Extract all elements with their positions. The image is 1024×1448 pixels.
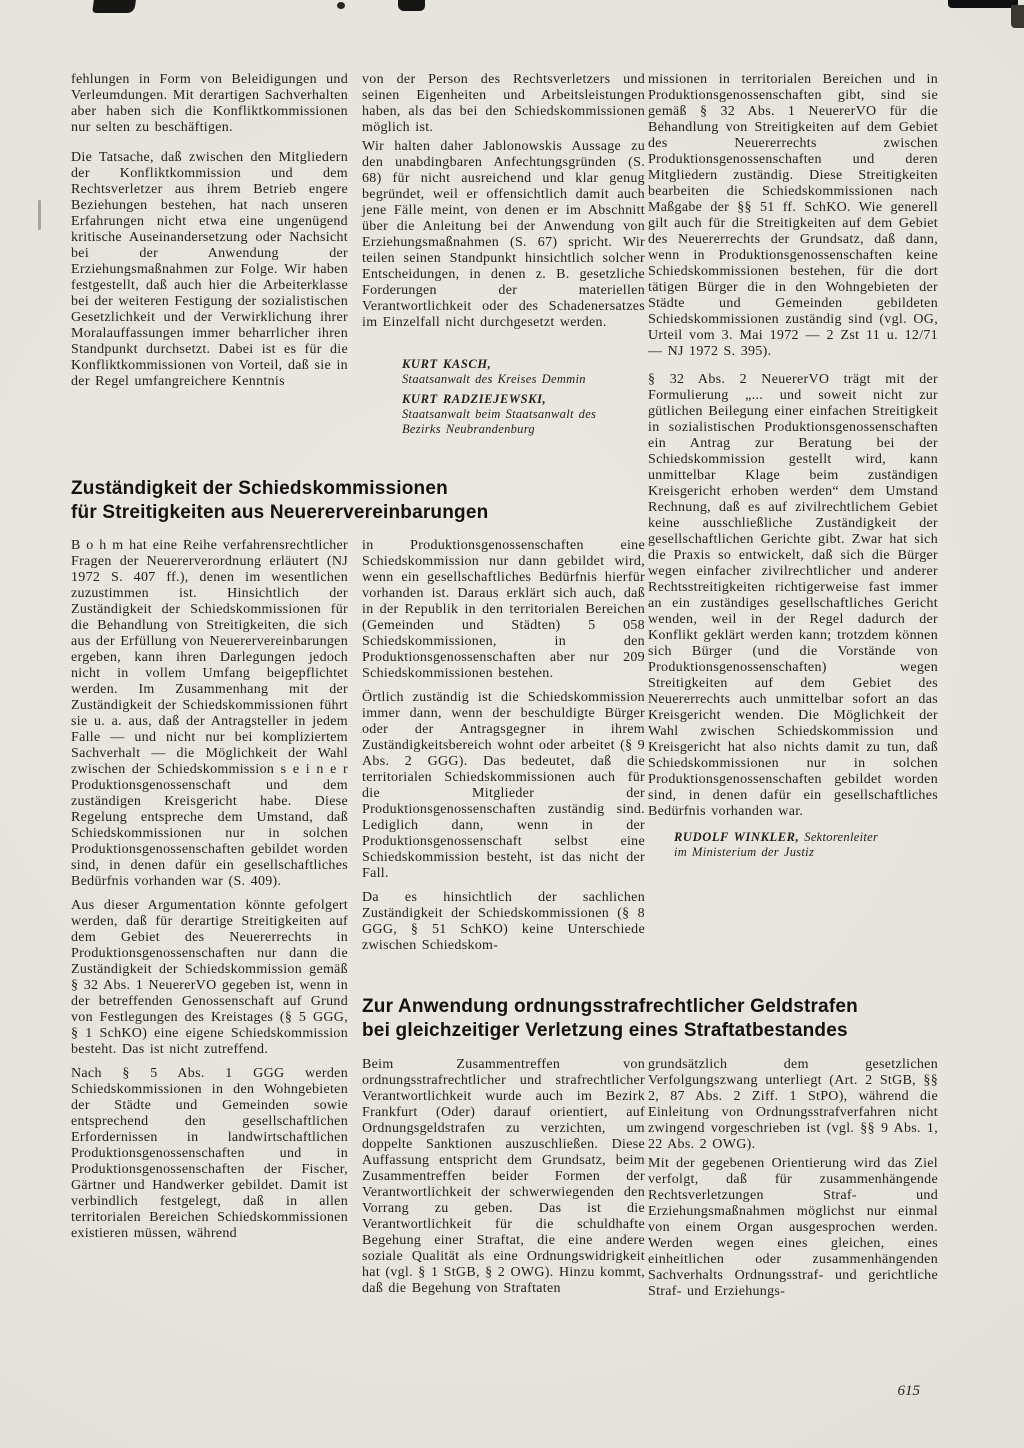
paragraph: § 32 Abs. 2 NeuererVO trägt mit der Form… <box>648 372 938 820</box>
paragraph: Wir halten daher Jablonowskis Aussage zu… <box>362 139 645 331</box>
article2-column-3: missionen in territorialen Bereichen und… <box>648 72 938 860</box>
paragraph: B o h m hat eine Reihe verfahrensrechtli… <box>71 538 348 890</box>
paragraph: fehlungen in Form von Beleidigungen und … <box>71 72 348 136</box>
author-name: KURT RADZIEJEWSKI, <box>402 392 645 407</box>
article3-column-1: Beim Zusammentreffen von ordnungsstrafre… <box>362 1057 645 1305</box>
scan-artifact <box>398 0 425 11</box>
paragraph: Die Tatsache, daß zwischen den Mitgliede… <box>71 150 348 390</box>
paragraph: Beim Zusammentreffen von ordnungsstrafre… <box>362 1057 645 1297</box>
article1-column-1: fehlungen in Form von Beleidigungen und … <box>71 72 348 398</box>
article3-column-2: grundsätzlich dem gesetzlichen Verfolgun… <box>648 1057 938 1308</box>
scan-artifact <box>38 200 41 230</box>
paragraph: Aus dieser Argumentation könnte gefolger… <box>71 898 348 1058</box>
paragraph: missionen in territorialen Bereichen und… <box>648 72 938 360</box>
scan-artifact <box>948 0 1018 8</box>
scan-artifact <box>337 2 345 9</box>
author-signature: RUDOLF WINKLER, Sektorenleiter im Minist… <box>674 830 884 860</box>
paragraph: von der Person des Rechtsverletzers und … <box>362 72 645 136</box>
article2-title: Zuständigkeit der Schiedskommissionen fü… <box>71 477 591 525</box>
journal-page: fehlungen in Form von Beleidigungen und … <box>0 0 1024 1448</box>
paragraph: Nach § 5 Abs. 1 GGG werden Schiedskommis… <box>71 1066 348 1242</box>
article2-title-line1: Zuständigkeit der Schiedskommissionen <box>71 477 591 501</box>
paragraph: Mit der gegebenen Orientierung wird das … <box>648 1156 938 1300</box>
author-signatures: KURT KASCH, Staatsanwalt des Kreises Dem… <box>362 357 645 437</box>
article3-title-line2: bei gleichzeitiger Verletzung eines Stra… <box>362 1019 922 1043</box>
article2-column-1: B o h m hat eine Reihe verfahrensrechtli… <box>71 538 348 1250</box>
author-name: RUDOLF WINKLER, <box>674 830 799 844</box>
article2-title-line2: für Streitigkeiten aus Neuerervereinbaru… <box>71 501 591 525</box>
article3-title: Zur Anwendung ordnungsstrafrechtlicher G… <box>362 995 922 1043</box>
author-role: Staatsanwalt beim Staatsanwalt des Bezir… <box>402 407 607 437</box>
paragraph: Örtlich zuständig ist die Schiedskommiss… <box>362 690 645 882</box>
article2-column-2: in Produktionsgenossenschaften eine Schi… <box>362 538 645 962</box>
author-name: KURT KASCH, <box>402 357 645 372</box>
author-role: Staatsanwalt des Kreises Demmin <box>402 372 607 387</box>
page-number: 615 <box>860 1383 920 1400</box>
scan-artifact <box>1011 5 1024 28</box>
paragraph: grundsätzlich dem gesetzlichen Verfolgun… <box>648 1057 938 1153</box>
scan-artifact <box>92 0 136 13</box>
paragraph: Da es hinsichtlich der sachlichen Zustän… <box>362 890 645 954</box>
paragraph: in Produktionsgenossenschaften eine Schi… <box>362 538 645 682</box>
article3-title-line1: Zur Anwendung ordnungsstrafrechtlicher G… <box>362 995 922 1019</box>
article1-column-2: von der Person des Rechtsverletzers und … <box>362 72 645 437</box>
